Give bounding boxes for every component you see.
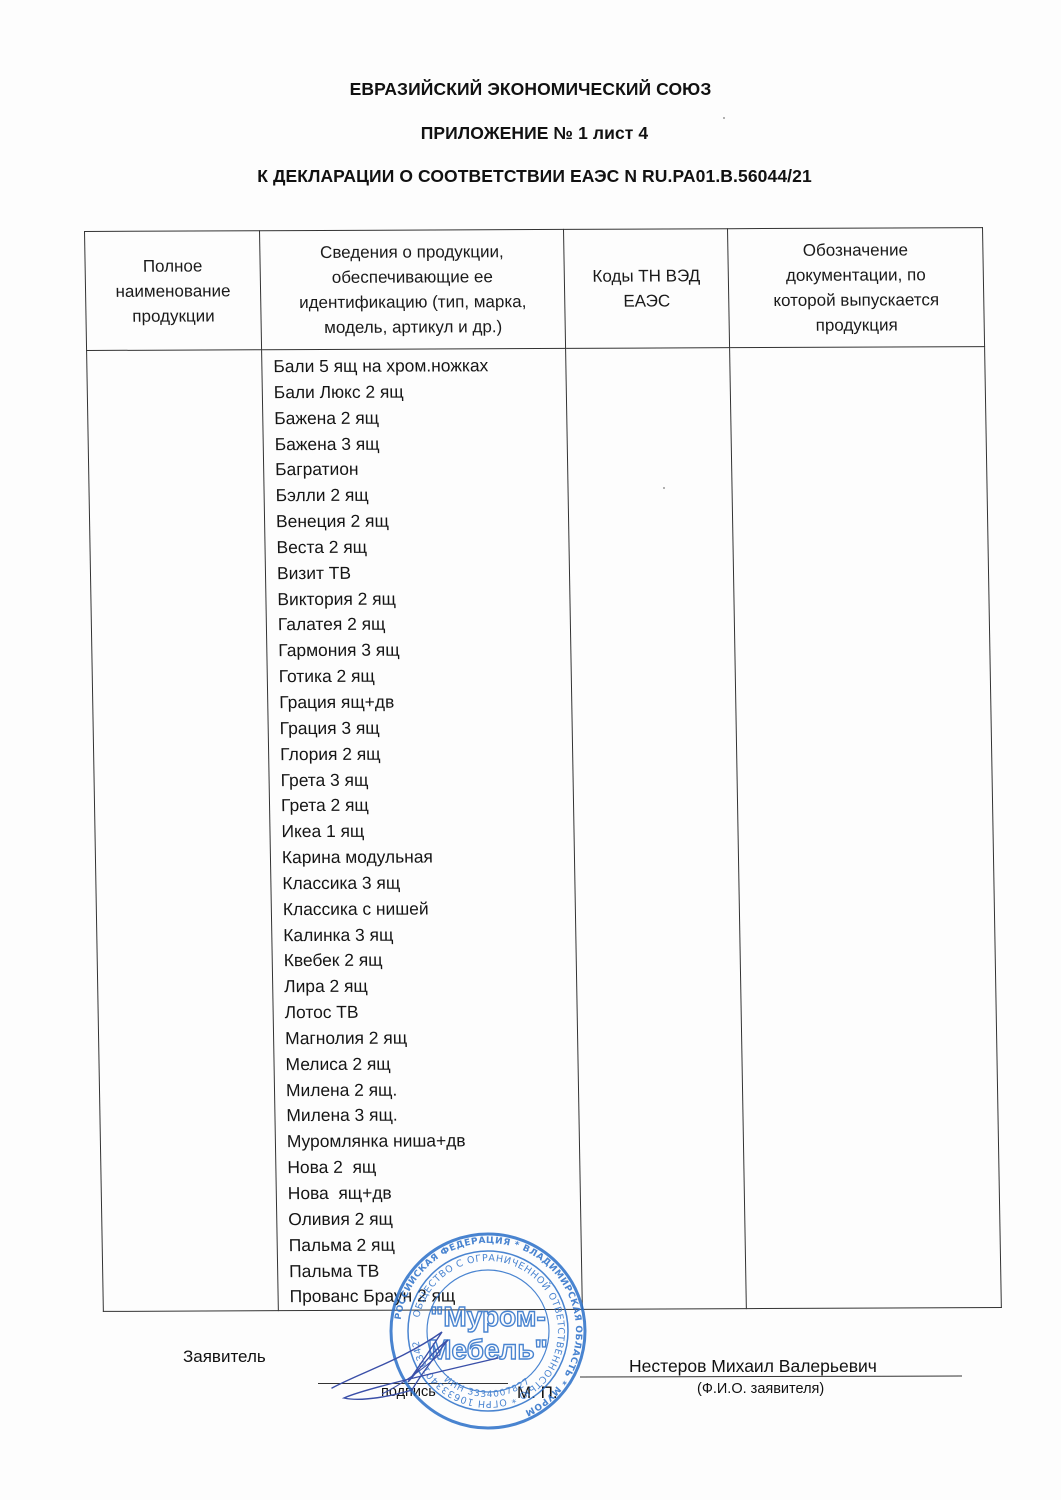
list-item: Нова ящ+дв [288,1180,580,1207]
declaration-title: К ДЕКЛАРАЦИИ О СООТВЕТСТВИИ ЕАЭС N RU.PA… [4,166,1061,187]
list-item: Гармония 3 ящ [278,637,570,664]
scan-speck [723,117,725,119]
union-title: ЕВРАЗИЙСКИЙ ЭКОНОМИЧЕСКИЙ СОЮЗ [0,79,1061,100]
list-item: Грация ящ+дв [279,689,571,716]
list-item: Бажена 3 ящ [275,430,567,457]
list-item: Классика 3 ящ [282,870,574,897]
applicant-name: Нестеров Михаил Валерьевич [629,1356,877,1377]
list-item: Веста 2 ящ [276,534,568,561]
table-row: Бали 5 ящ на хром.ножкахБали Люкс 2 ящБа… [87,347,1002,1312]
list-item: Икеа 1 ящ [281,818,573,845]
list-item: Милена 2 ящ. [286,1076,578,1103]
name-caption: (Ф.И.О. заявителя) [697,1381,824,1397]
cell-tn-ved-codes [566,348,747,1310]
list-item: Муромлянка ниша+дв [287,1128,579,1155]
header-identification: Сведения о продукции,обеспечивающие ееид… [260,229,566,349]
cell-identification: Бали 5 ящ на хром.ножкахБали Люкс 2 ящБа… [262,348,583,1310]
list-item: Бали Люкс 2 ящ [274,379,566,406]
list-item: Лотос ТВ [284,999,576,1026]
list-item: Нова 2 ящ [287,1154,579,1181]
list-item: Готика 2 ящ [279,663,571,690]
name-line [580,1376,962,1378]
list-item: Оливия 2 ящ [288,1206,580,1233]
list-item: Карина модульная [282,844,574,871]
header-tn-ved-codes: Коды ТН ВЭДЕАЭС [564,229,730,349]
list-item: Галатея 2 ящ [278,611,570,638]
identification-list: Бали 5 ящ на хром.ножкахБали Люкс 2 ящБа… [262,349,582,1310]
list-item: Калинка 3 ящ [283,921,575,948]
declaration-table-container: Полноенаименованиепродукции Сведения о п… [84,227,1001,1304]
list-item: Визит ТВ [277,560,569,587]
list-item: Мелиса 2 ящ [285,1051,577,1078]
appendix-title: ПРИЛОЖЕНИЕ № 1 лист 4 [4,123,1061,144]
list-item: Лира 2 ящ [284,973,576,1000]
applicant-label: Заявитель [183,1347,266,1367]
list-item: Грация 3 ящ [279,715,571,742]
header-documentation: Обозначениедокументации, покоторой выпус… [728,228,985,348]
list-item: Багратион [275,456,567,483]
list-item: Бажена 2 ящ [274,405,566,432]
list-item: Магнолия 2 ящ [285,1025,577,1052]
list-item: Виктория 2 ящ [277,585,569,612]
cell-full-name [87,350,279,1312]
table-header-row: Полноенаименованиепродукции Сведения о п… [85,228,985,351]
list-item: Бали 5 ящ на хром.ножках [273,353,565,380]
list-item: Венеция 2 ящ [276,508,568,535]
list-item: Глория 2 ящ [280,741,572,768]
list-item: Квебек 2 ящ [284,947,576,974]
header-full-name: Полноенаименованиепродукции [85,231,262,351]
list-item: Грета 2 ящ [281,792,573,819]
cell-documentation [730,347,1002,1309]
signature-scribble-icon [322,1320,502,1410]
list-item: Классика с нишей [283,896,575,923]
list-item: Бэлли 2 ящ [275,482,567,509]
scan-speck [663,487,665,489]
list-item: Грета 3 ящ [280,766,572,793]
list-item: Милена 3 ящ. [286,1102,578,1129]
declaration-table: Полноенаименованиепродукции Сведения о п… [84,227,1002,1312]
